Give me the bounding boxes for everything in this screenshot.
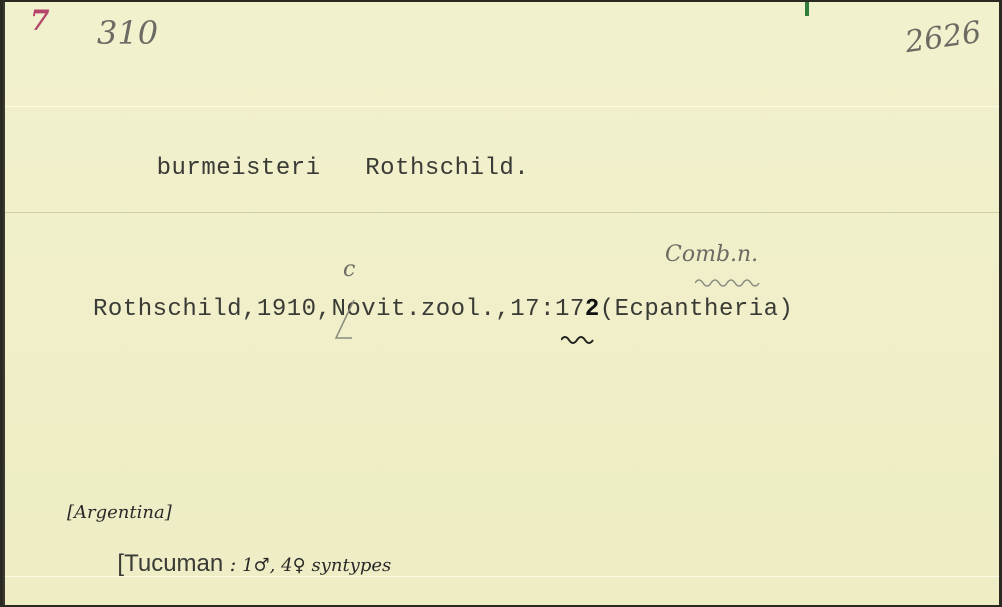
- wavy-underline-icon: [695, 277, 765, 287]
- species-line: burmeisteri Rothschild.: [97, 128, 529, 209]
- ref-volume: 17: [510, 296, 540, 323]
- locality-country: [Argentina]: [67, 502, 172, 523]
- species-author: Rothschild.: [365, 155, 529, 182]
- locality-line: [Tucuman : 1♂, 4♀ syntypes: [79, 532, 391, 596]
- catalog-number: 2626: [903, 15, 983, 60]
- green-tab-mark: [805, 2, 809, 16]
- ref-page: :17: [540, 296, 585, 323]
- volume-wavy-underline-icon: [561, 334, 597, 344]
- species-name: burmeisteri: [157, 155, 321, 182]
- annotation-comb-n: Comb.n.: [665, 242, 758, 267]
- ref-page-correction: 2: [585, 296, 600, 323]
- ref-genus: (Ecpantheria): [600, 296, 794, 323]
- index-card: 7 310 2626 burmeisteri Rothschild. c Com…: [3, 2, 999, 605]
- ref-author-year: Rothschild,1910: [93, 296, 317, 323]
- card-number: 310: [97, 14, 158, 52]
- locality-place: Tucuman: [124, 550, 223, 577]
- reference-line: Rothschild,1910,Novit.zool.,17:172(Ecpan…: [93, 296, 793, 323]
- locality-types: 1♂, 4♀ syntypes: [242, 555, 391, 576]
- ruled-line: [5, 212, 999, 213]
- annotation-c: c: [343, 257, 355, 282]
- corner-mark: 7: [30, 4, 49, 37]
- ruled-line: [5, 106, 999, 107]
- pencil-slash-mark-icon: [330, 298, 360, 342]
